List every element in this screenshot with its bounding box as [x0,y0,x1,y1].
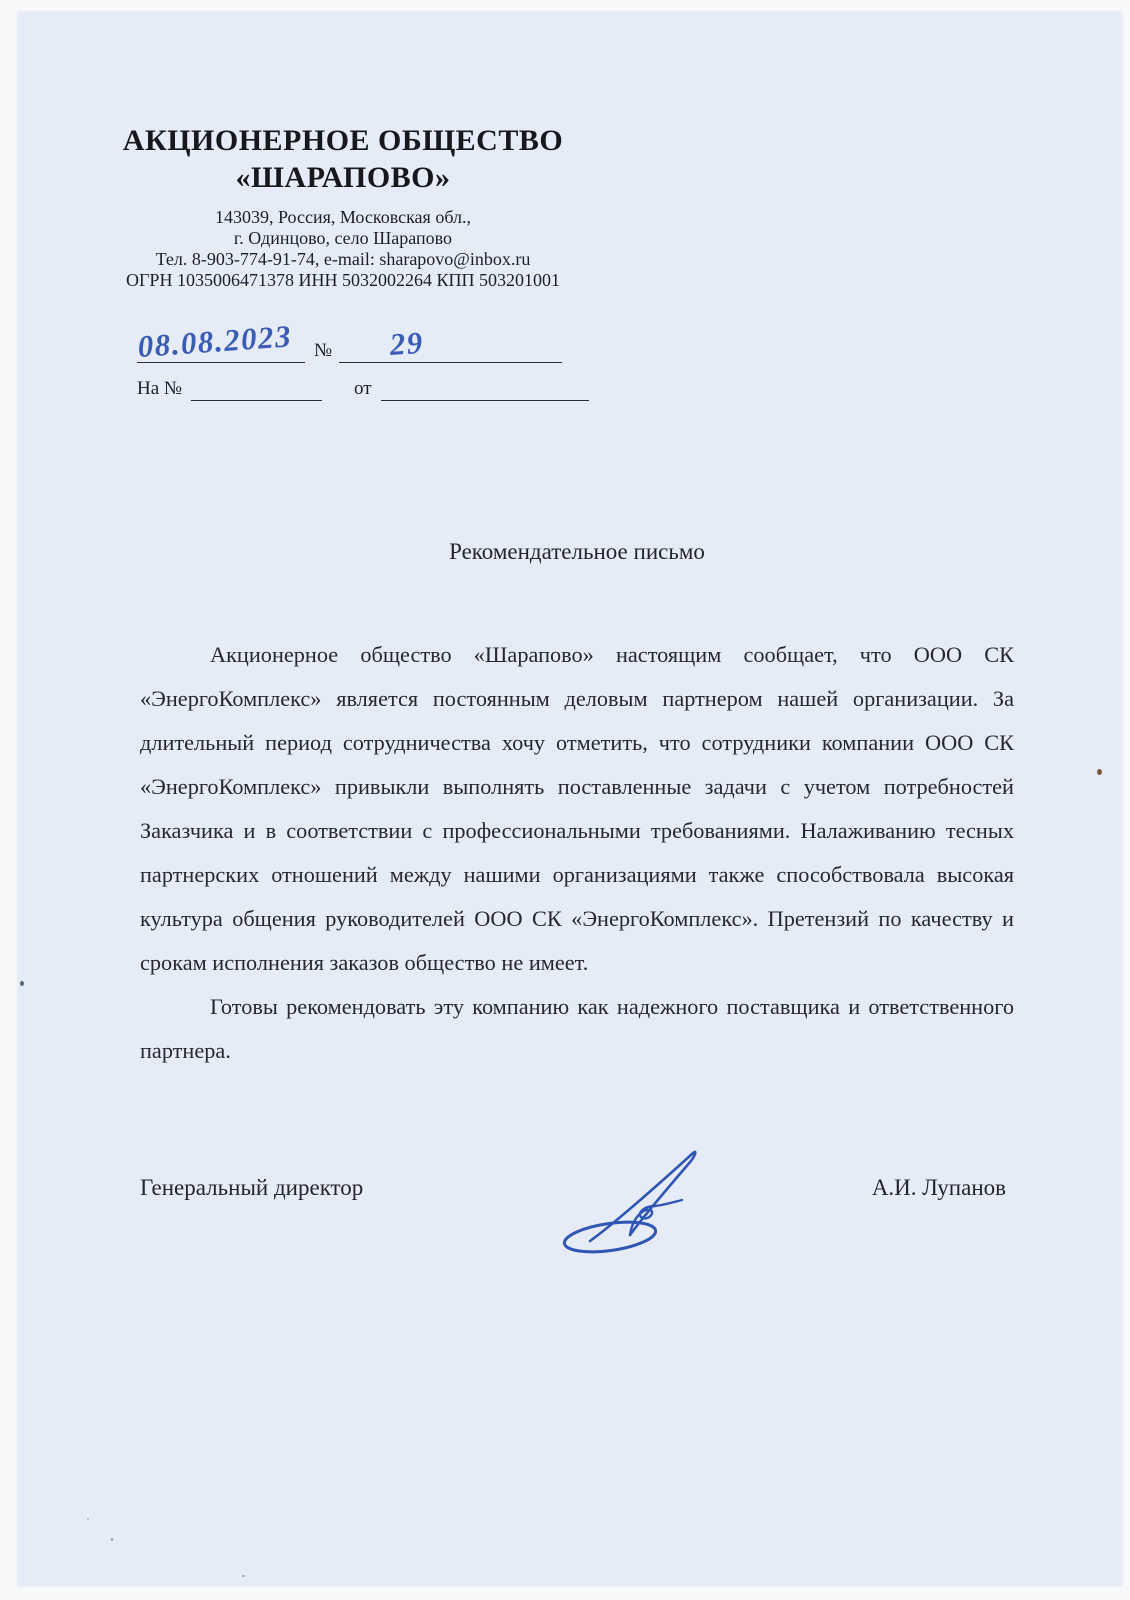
letter-paragraph-1: Акционерное общество «Шарапово» настоящи… [140,633,1014,985]
dust-speck [242,1575,245,1577]
signature-handwriting [560,1147,702,1259]
dust-speck [111,1538,113,1541]
number-handwritten: 29 [389,325,425,363]
number-sign: № [314,340,332,363]
date-handwritten: 08.08.2023 [136,318,293,365]
address-line1: 143039, Россия, Московская обл., [108,207,578,228]
address-line3: Тел. 8-903-774-91-74, e-mail: sharapovo@… [108,249,578,270]
number-field: 29 [339,317,562,363]
address-line4: ОГРН 1035006471378 ИНН 5032002264 КПП 50… [108,270,578,291]
org-name: АКЦИОНЕРНОЕ ОБЩЕСТВО «ШАРАПОВО» [108,122,578,196]
paper-sheet: АКЦИОНЕРНОЕ ОБЩЕСТВО «ШАРАПОВО» 143039, … [18,12,1122,1586]
letterhead: АКЦИОНЕРНОЕ ОБЩЕСТВО «ШАРАПОВО» 143039, … [108,122,578,291]
org-name-line2: «ШАРАПОВО» [108,159,578,196]
incoming-number-field [191,373,322,401]
date-field: 08.08.2023 [137,317,305,363]
address-line2: г. Одинцово, село Шарапово [108,228,578,249]
dust-speck [20,981,24,986]
org-name-line1: АКЦИОНЕРНОЕ ОБЩЕСТВО [108,122,578,159]
signatory-position: Генеральный директор [140,1175,363,1201]
dust-speck [1097,769,1102,775]
letter-body: Акционерное общество «Шарапово» настоящи… [140,633,1014,1073]
letter-title: Рекомендательное письмо [140,539,1014,565]
incoming-number-label: На № [137,378,182,401]
dust-speck [87,1518,89,1520]
signatory-name: А.И. Лупанов [872,1175,1006,1201]
signature-row: Генеральный директор А.И. Лупанов [140,1137,1014,1269]
letter-paragraph-2: Готовы рекомендовать эту компанию как на… [140,985,1014,1073]
reference-row-date: 08.08.2023 № 29 [137,317,1122,363]
org-address: 143039, Россия, Московская обл., г. Один… [108,207,578,291]
from-date-field [381,373,589,401]
from-label: от [354,378,372,401]
reference-row-incoming: На № от [137,373,1122,401]
